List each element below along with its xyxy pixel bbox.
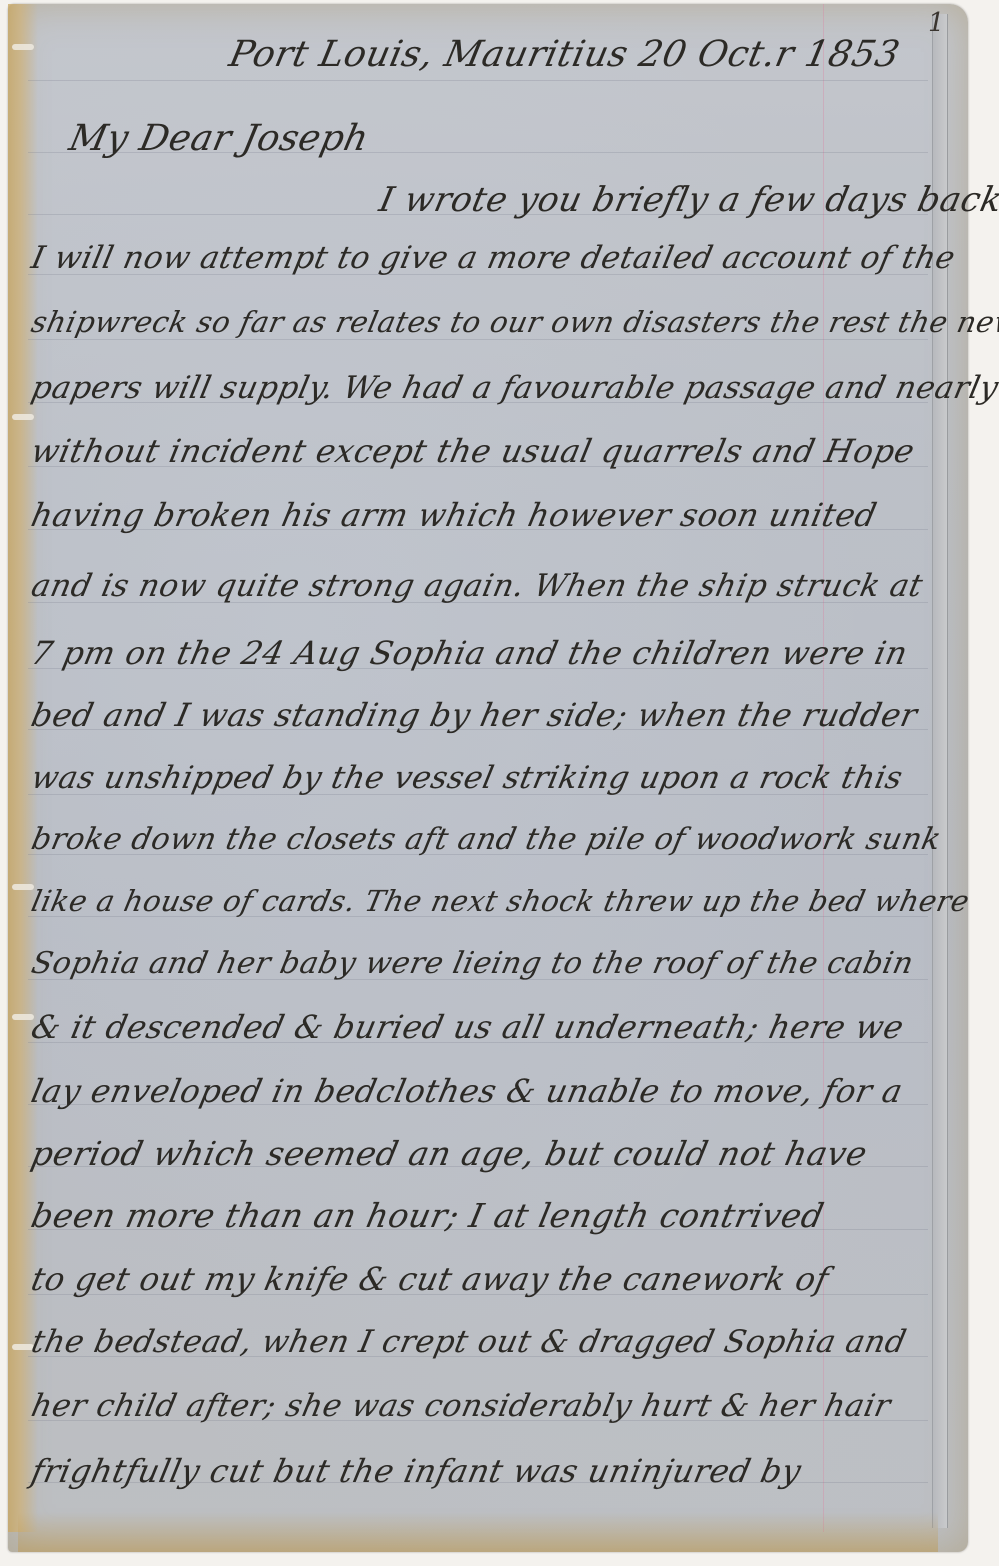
binding-stitch bbox=[12, 884, 34, 890]
letter-line: I wrote you briefly a few days back bbox=[376, 180, 999, 220]
letter-line: papers will supply. We had a favourable … bbox=[28, 370, 999, 406]
letter-line: lay enveloped in bedclothes & unable to … bbox=[28, 1072, 906, 1110]
letter-line: & it descended & buried us all underneat… bbox=[28, 1008, 907, 1046]
letter-line: and is now quite strong again. When the … bbox=[28, 568, 926, 604]
letter-line: been more than an hour; I at length cont… bbox=[28, 1196, 828, 1235]
binding-stitch bbox=[12, 1014, 34, 1020]
letter-salutation: My Dear Joseph bbox=[66, 118, 373, 159]
letter-line: bed and I was standing by her side; when… bbox=[28, 696, 921, 734]
letter-line: the bedstead, when I crept out & dragged… bbox=[28, 1324, 910, 1360]
letter-line: without incident except the usual quarre… bbox=[28, 432, 918, 470]
letter-line: like a house of cards. The next shock th… bbox=[28, 884, 972, 918]
binding-stitch bbox=[12, 414, 34, 420]
letter-line: Sophia and her baby were lieing to the r… bbox=[28, 946, 917, 981]
letter-line: period which seemed an age, but could no… bbox=[28, 1134, 871, 1173]
letter-line: to get out my knife & cut away the canew… bbox=[28, 1260, 832, 1298]
page-number: 1 bbox=[928, 8, 945, 38]
ruled-line bbox=[28, 339, 928, 340]
letter-line: was unshipped by the vessel striking upo… bbox=[28, 760, 906, 796]
ruled-line bbox=[28, 80, 928, 81]
letter-line: broke down the closets aft and the pile … bbox=[28, 822, 944, 857]
letter-line: shipwreck so far as relates to our own d… bbox=[28, 305, 999, 339]
letter-line: her child after; she was considerably hu… bbox=[28, 1388, 894, 1424]
letter-line: 7 pm on the 24 Aug Sophia and the childr… bbox=[28, 634, 911, 672]
binding-stitch bbox=[12, 44, 34, 50]
letter-line: I will now attempt to give a more detail… bbox=[28, 240, 958, 276]
letter-line: having broken his arm which however soon… bbox=[28, 496, 880, 534]
letter-line: frightfully cut but the infant was uninj… bbox=[28, 1452, 805, 1490]
water-stain bbox=[18, 1512, 938, 1552]
letter-header-date: Port Louis, Mauritius 20 Oct.r 1853 bbox=[226, 34, 904, 75]
